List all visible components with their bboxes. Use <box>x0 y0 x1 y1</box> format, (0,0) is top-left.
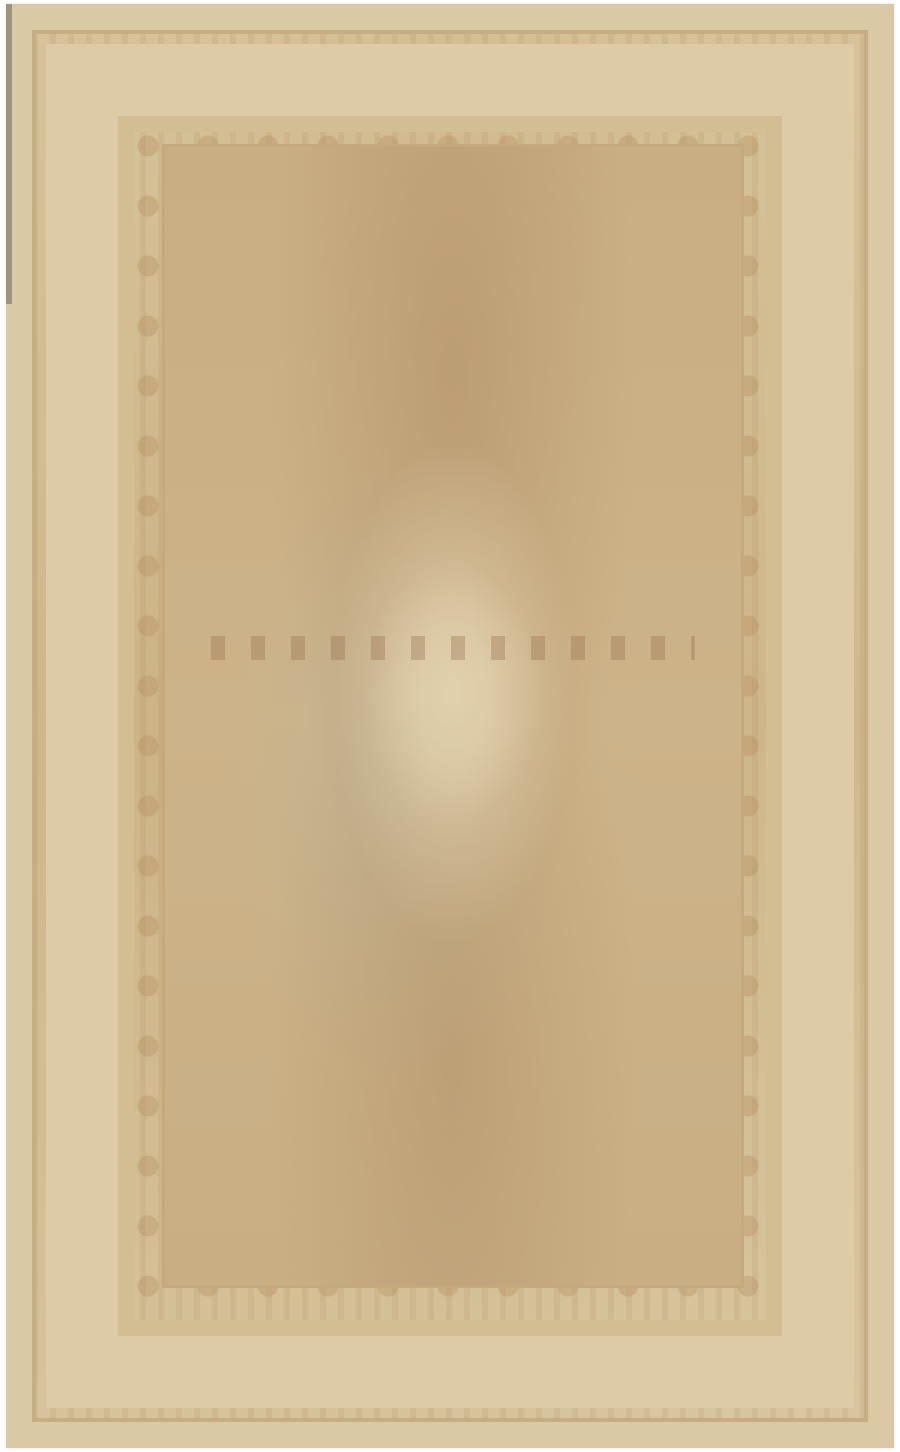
central-medallion <box>363 563 543 823</box>
rug-photo <box>6 4 894 1448</box>
floral-motif-row <box>211 636 695 660</box>
central-field <box>162 144 744 1288</box>
edge-wear <box>6 4 12 304</box>
